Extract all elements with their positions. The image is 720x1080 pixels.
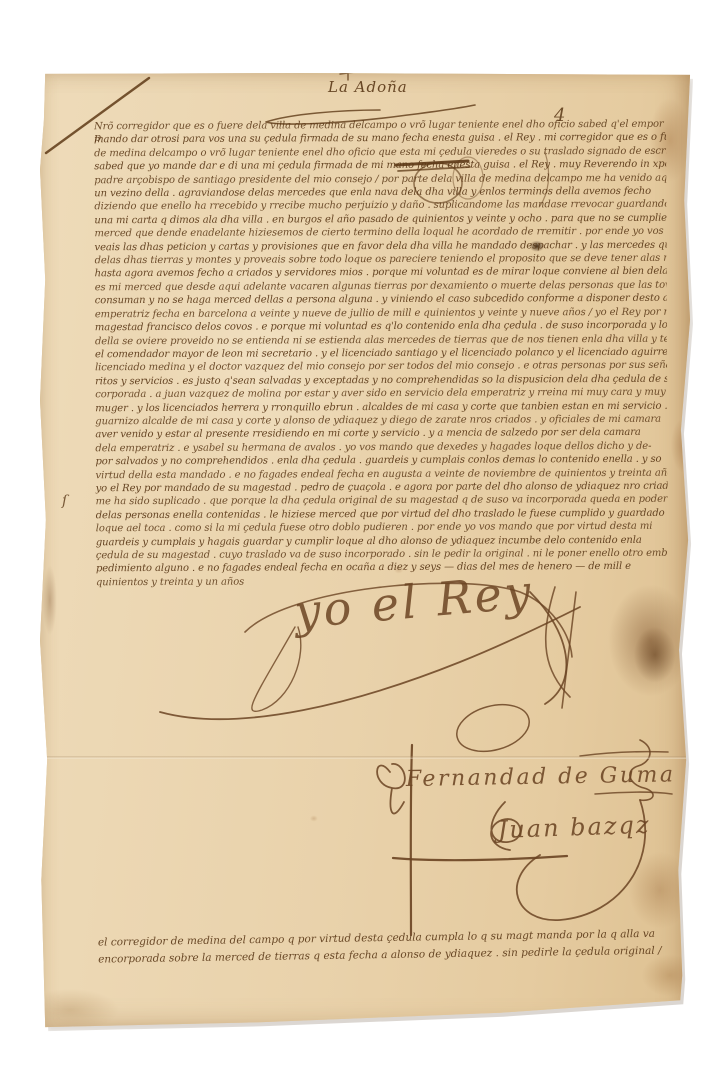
countersignature-1-end-squiggle xyxy=(630,740,653,800)
royal-signature-upper-flourish xyxy=(245,583,572,657)
countersignature-1-lower-stroke xyxy=(595,792,672,794)
countersignature-1-text: Fernandad de Guma xyxy=(405,762,676,792)
manuscript-text-block: Nrõ corregidor que es o fuere dela villa… xyxy=(94,118,668,590)
royal-signature-rubric-stroke xyxy=(562,592,576,708)
countersignature-2-pretzel-flourish xyxy=(491,802,520,850)
royal-signature-underline xyxy=(160,607,580,719)
royal-signature-rubric-loop-2 xyxy=(546,587,570,697)
manuscript-page: La Adoña 4 p ſ Nrõ corregidor que es o f… xyxy=(40,72,692,1029)
countersignature-2-text: Juan bazqz xyxy=(492,811,651,844)
manuscript-photo: La Adoña 4 p ſ Nrõ corregidor que es o f… xyxy=(0,0,720,1080)
countersignature-rubric-vertical xyxy=(411,745,412,935)
margin-mark-s: ſ xyxy=(62,494,67,508)
countersignature-2-teardrop-flourish xyxy=(517,800,645,920)
oval-flourish xyxy=(452,697,535,759)
fold-crease xyxy=(40,756,692,759)
bottom-docket-note: el corregidor de medina del campo q por … xyxy=(98,925,676,968)
countersignature-rubric-horizontal xyxy=(393,856,567,860)
countersignature-1-initial-flourish xyxy=(377,764,405,814)
manuscript-text-line: quinientos y treinta y un años xyxy=(96,574,668,590)
royal-signature-descender-loop xyxy=(252,627,301,711)
docket-title: La Adoña xyxy=(328,78,408,96)
royal-signature-rubric-loop-1 xyxy=(530,592,566,704)
